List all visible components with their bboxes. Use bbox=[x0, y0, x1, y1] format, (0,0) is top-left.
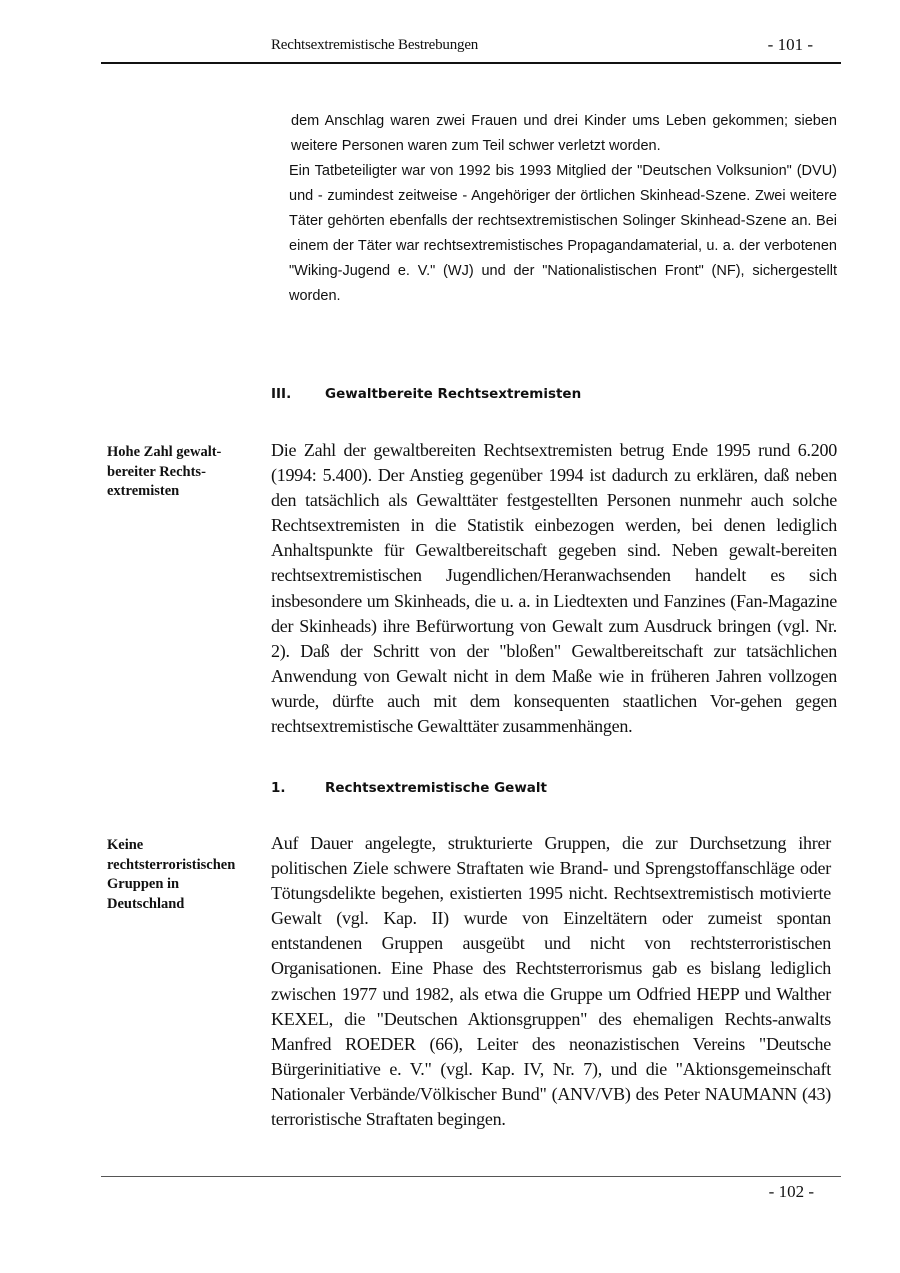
document-page: Rechtsextremistische Bestrebungen - 101 … bbox=[0, 0, 900, 1273]
section-paragraph: Die Zahl der gewaltbereiten Rechtsextrem… bbox=[271, 438, 837, 739]
footer-divider bbox=[101, 1176, 841, 1177]
page-number-bottom: - 102 - bbox=[769, 1182, 814, 1202]
running-title: Rechtsextremistische Bestrebungen bbox=[271, 37, 478, 54]
subsection-heading: 1.Rechtsextremistische Gewalt bbox=[271, 780, 547, 796]
intro-text: dem Anschlag waren zwei Frauen und drei … bbox=[289, 109, 837, 309]
subsection-number: 1. bbox=[271, 780, 325, 796]
section-heading: III.Gewaltbereite Rechtsextremisten bbox=[271, 386, 581, 402]
subsection-body: Auf Dauer angelegte, strukturierte Grupp… bbox=[271, 831, 831, 1132]
section-number: III. bbox=[271, 386, 325, 402]
margin-note-violence-ready: Hohe Zahl gewalt-bereiter Rechts-extremi… bbox=[107, 443, 232, 502]
intro-paragraph-1: dem Anschlag waren zwei Frauen und drei … bbox=[289, 109, 837, 159]
section-title: Gewaltbereite Rechtsextremisten bbox=[325, 386, 581, 402]
subsection-title: Rechtsextremistische Gewalt bbox=[325, 780, 547, 796]
page-number-top: - 101 - bbox=[768, 35, 813, 55]
section-body: Die Zahl der gewaltbereiten Rechtsextrem… bbox=[271, 438, 837, 739]
subsection-paragraph: Auf Dauer angelegte, strukturierte Grupp… bbox=[271, 831, 831, 1132]
intro-paragraph-2: Ein Tatbeteiligter war von 1992 bis 1993… bbox=[289, 159, 837, 309]
running-header: Rechtsextremistische Bestrebungen - 101 … bbox=[101, 34, 841, 64]
margin-note-no-terror-groups: Keine rechtsterroristischen Gruppen in D… bbox=[107, 836, 252, 914]
